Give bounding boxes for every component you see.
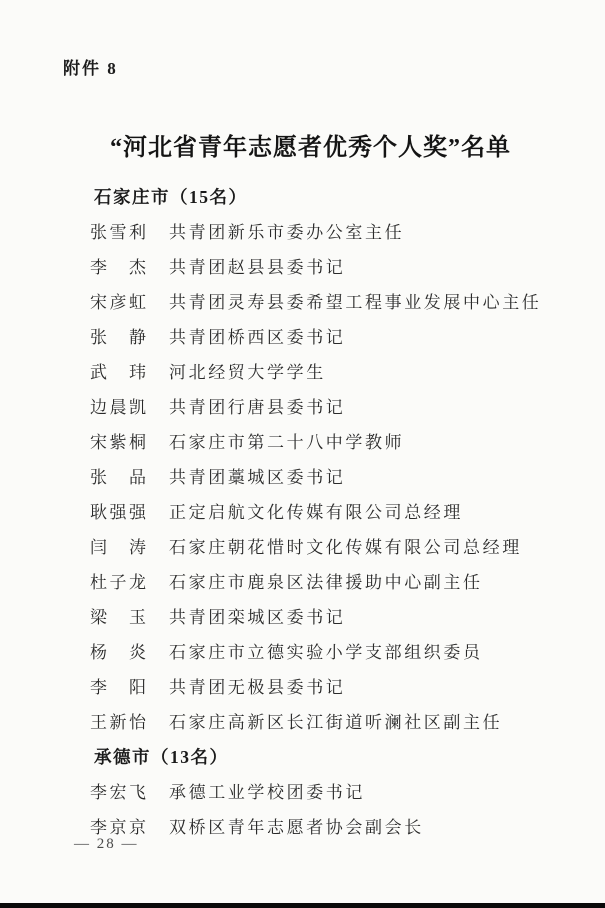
document-page: 附件 8 “河北省青年志愿者优秀个人奖”名单 石家庄市（15名）张雪利共青团新乐… bbox=[0, 0, 605, 908]
attachment-label: 附件 8 bbox=[63, 54, 118, 79]
entry-position: 石家庄高新区长江街道听澜社区副主任 bbox=[169, 705, 502, 740]
entry-position: 共青团新乐市委办公室主任 bbox=[169, 215, 404, 250]
list-item: 李 阳共青团无极县委书记 bbox=[90, 670, 585, 705]
scan-bottom-edge bbox=[0, 903, 605, 908]
list-item: 张 品共青团藁城区委书记 bbox=[90, 460, 585, 495]
entry-position: 共青团赵县县委书记 bbox=[169, 250, 345, 285]
list-item: 宋紫桐石家庄市第二十八中学教师 bbox=[90, 425, 585, 460]
entry-position: 共青团栾城区委书记 bbox=[169, 600, 345, 635]
entry-name: 梁 玉 bbox=[90, 600, 156, 635]
entry-position: 石家庄朝花惜时文化传媒有限公司总经理 bbox=[169, 530, 522, 565]
list-item: 杨 炎石家庄市立德实验小学支部组织委员 bbox=[90, 635, 585, 670]
entry-name: 张 静 bbox=[90, 320, 156, 355]
entry-name: 李 阳 bbox=[90, 670, 156, 705]
entry-position: 共青团灵寿县委希望工程事业发展中心主任 bbox=[169, 285, 541, 320]
list-item: 梁 玉共青团栾城区委书记 bbox=[90, 600, 585, 635]
list-item: 边晨凯共青团行唐县委书记 bbox=[90, 390, 585, 425]
entry-name: 王新怡 bbox=[90, 705, 156, 740]
section-header: 承德市（13名） bbox=[94, 740, 585, 775]
entry-position: 正定启航文化传媒有限公司总经理 bbox=[169, 495, 463, 530]
entry-position: 石家庄市鹿泉区法律援助中心副主任 bbox=[169, 565, 483, 600]
list-item: 李宏飞承德工业学校团委书记 bbox=[90, 775, 585, 810]
entry-name: 张 品 bbox=[90, 460, 156, 495]
entry-name: 李 杰 bbox=[90, 250, 156, 285]
entry-position: 石家庄市第二十八中学教师 bbox=[169, 425, 404, 460]
award-list: 石家庄市（15名）张雪利共青团新乐市委办公室主任李 杰共青团赵县县委书记宋彦虹共… bbox=[90, 180, 585, 845]
list-item: 李京京双桥区青年志愿者协会副会长 bbox=[90, 810, 585, 845]
list-item: 张雪利共青团新乐市委办公室主任 bbox=[90, 215, 585, 250]
list-item: 王新怡石家庄高新区长江街道听澜社区副主任 bbox=[90, 705, 585, 740]
entry-position: 共青团桥西区委书记 bbox=[169, 320, 345, 355]
entry-position: 双桥区青年志愿者协会副会长 bbox=[169, 810, 424, 845]
entry-position: 共青团无极县委书记 bbox=[169, 670, 345, 705]
list-item: 宋彦虹共青团灵寿县委希望工程事业发展中心主任 bbox=[90, 285, 585, 320]
entry-name: 杜子龙 bbox=[90, 565, 156, 600]
entry-position: 共青团藁城区委书记 bbox=[169, 460, 345, 495]
list-item: 闫 涛石家庄朝花惜时文化传媒有限公司总经理 bbox=[90, 530, 585, 565]
entry-name: 李宏飞 bbox=[90, 775, 156, 810]
entry-position: 河北经贸大学学生 bbox=[169, 355, 326, 390]
entry-name: 边晨凯 bbox=[90, 390, 156, 425]
entry-position: 共青团行唐县委书记 bbox=[169, 390, 345, 425]
entry-name: 杨 炎 bbox=[90, 635, 156, 670]
section-header: 石家庄市（15名） bbox=[94, 180, 585, 215]
list-item: 张 静共青团桥西区委书记 bbox=[90, 320, 585, 355]
page-title: “河北省青年志愿者优秀个人奖”名单 bbox=[0, 127, 605, 162]
entry-name: 张雪利 bbox=[90, 215, 156, 250]
page-number: — 28 — bbox=[74, 836, 139, 853]
entry-name: 耿强强 bbox=[90, 495, 156, 530]
list-item: 杜子龙石家庄市鹿泉区法律援助中心副主任 bbox=[90, 565, 585, 600]
entry-position: 石家庄市立德实验小学支部组织委员 bbox=[169, 635, 483, 670]
entry-name: 闫 涛 bbox=[90, 530, 156, 565]
list-item: 耿强强正定启航文化传媒有限公司总经理 bbox=[90, 495, 585, 530]
entry-position: 承德工业学校团委书记 bbox=[169, 775, 365, 810]
list-item: 武 玮河北经贸大学学生 bbox=[90, 355, 585, 390]
entry-name: 宋紫桐 bbox=[90, 425, 156, 460]
entry-name: 宋彦虹 bbox=[90, 285, 156, 320]
entry-name: 武 玮 bbox=[90, 355, 156, 390]
list-item: 李 杰共青团赵县县委书记 bbox=[90, 250, 585, 285]
